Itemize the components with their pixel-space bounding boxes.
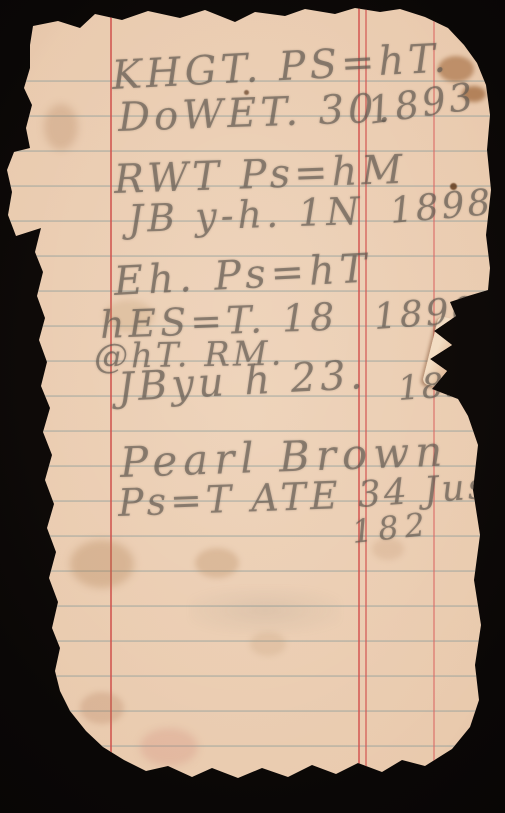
stain-spot [70, 540, 134, 588]
paper-sheet: KHGT. PS=hT. DoWET. 30. 1893 RWT Ps=hM J… [0, 0, 505, 813]
left-margin-line [110, 0, 112, 813]
stain-spot [195, 548, 239, 578]
handwritten-line: JB y-h. 1N [127, 192, 364, 238]
stain-spot [44, 104, 78, 150]
handwritten-line: DoWET. 30. [117, 88, 395, 138]
handwritten-line: 1898 [388, 185, 494, 230]
handwritten-line: 1894 [397, 365, 494, 406]
handwritten-line: Ps=T ATE [117, 476, 342, 522]
photo-background: KHGT. PS=hT. DoWET. 30. 1893 RWT Ps=hM J… [0, 0, 505, 813]
stain-spot [80, 692, 124, 724]
stain-spot [140, 728, 198, 766]
handwritten-line: 182 [350, 508, 432, 548]
stain-spot [250, 632, 286, 656]
handwritten-line: 1890 [373, 293, 479, 336]
ghost-smudge [190, 588, 340, 633]
